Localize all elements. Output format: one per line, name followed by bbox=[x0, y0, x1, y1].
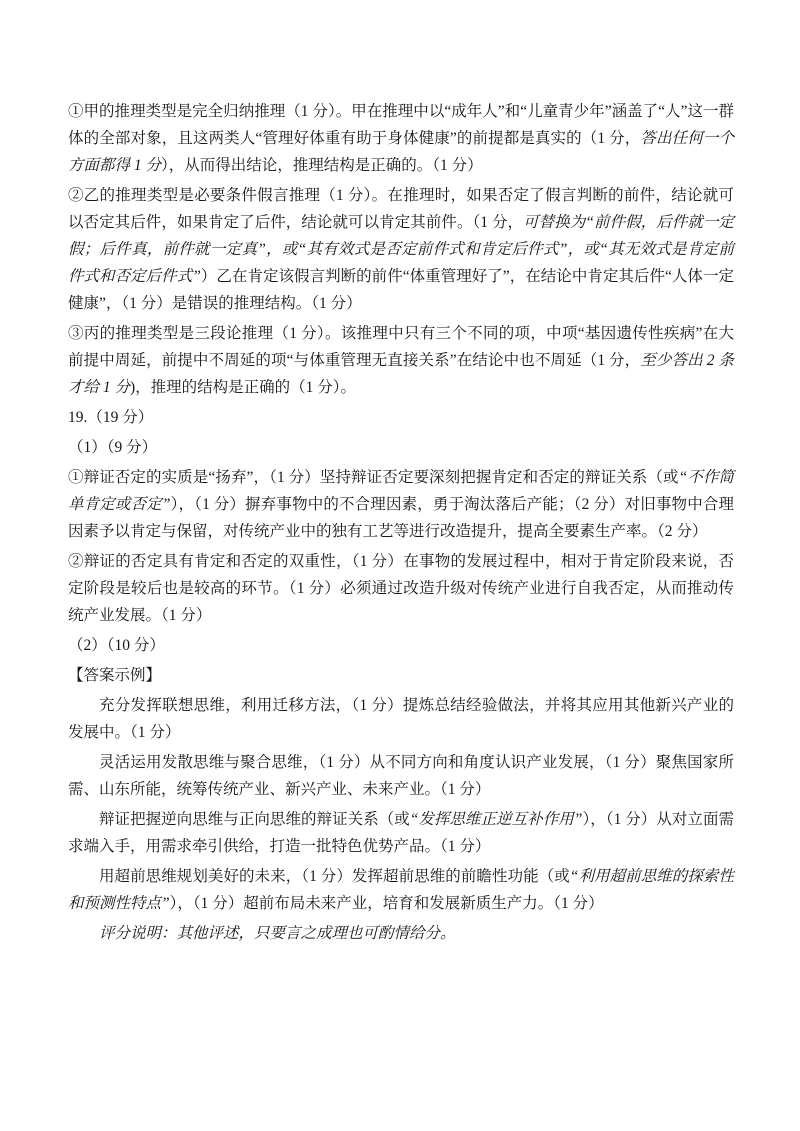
answer-19-2-point-divergent-convergent-thinking-run: 灵活运用发散思维与聚合思维，（1 分）从不同方向和角度认识产业发展，（1 分）聚… bbox=[68, 754, 734, 798]
answer-reasoning-point-3-run: )，推理的结构是正确的（1 分）。 bbox=[130, 379, 356, 396]
answer-reasoning-point-1: ①甲的推理类型是完全归纳推理（1 分）。甲在推理中以“成年人”和“儿童青少年”涵… bbox=[68, 98, 734, 179]
answer-example-label: 【答案示例】 bbox=[68, 662, 734, 689]
answer-reasoning-point-3: ③丙的推理类型是三段论推理（1 分）。该推理中只有三个不同的项，中项“基因遗传性… bbox=[68, 320, 734, 401]
answer-19-2-point-association-thinking: 充分发挥联想思维，利用迁移方法，（1 分）提炼总结经验做法，并将其应用其他新兴产… bbox=[68, 692, 734, 746]
answer-reasoning-point-2: ②乙的推理类型是必要条件假言推理（1 分）。在推理时，如果否定了假言判断的前件，… bbox=[68, 182, 734, 317]
answer-reasoning-point-1-run: ①甲的推理类型是完全归纳推理（1 分）。甲在推理中以“成年人”和“儿童青少年”涵… bbox=[68, 103, 734, 147]
answer-19-2-point-association-thinking-run: 充分发挥联想思维，利用迁移方法，（1 分）提炼总结经验做法，并将其应用其他新兴产… bbox=[68, 697, 734, 741]
exam-answer-page: ①甲的推理类型是完全归纳推理（1 分）。甲在推理中以“成年人”和“儿童青少年”涵… bbox=[0, 0, 800, 1131]
answer-19-2-point-reverse-forward-thinking: 辩证把握逆向思维与正向思维的辩证关系（或“发挥思维正逆互补作用”），（1 分）从… bbox=[68, 806, 734, 860]
answer-19-2-point-forward-looking-thinking-run: ），（1 分）超前布局未来产业，培育和发展新质生产力。（1 分） bbox=[170, 895, 604, 912]
document-body: ①甲的推理类型是完全归纳推理（1 分）。甲在推理中以“成年人”和“儿童青少年”涵… bbox=[68, 98, 734, 947]
answer-19-2-point-forward-looking-thinking-run: 用超前思维规划美好的未来，（1 分）发挥超前思维的前瞻性功能（或 bbox=[99, 868, 570, 885]
question-19-part-2-heading: （2）（10 分） bbox=[68, 632, 734, 659]
answer-reasoning-point-1-run: ），从而得出结论，推理结构是正确的。（1 分） bbox=[161, 157, 483, 174]
answer-19-2-point-divergent-convergent-thinking: 灵活运用发散思维与聚合思维，（1 分）从不同方向和角度认识产业发展，（1 分）聚… bbox=[68, 749, 734, 803]
answer-19-2-point-reverse-forward-thinking-run: 辩证把握逆向思维与正向思维的辩证关系（或 bbox=[99, 811, 410, 828]
question-19-part-1-heading-run: （1）（9 分） bbox=[68, 439, 157, 456]
answer-19-2-point-reverse-forward-thinking-run: “发挥思维正逆互补作用” bbox=[410, 811, 583, 828]
question-19-heading: 19.（19 分） bbox=[68, 404, 734, 431]
scoring-note-run: 评分说明：其他评述，只要言之成理也可酌情给分。 bbox=[99, 925, 456, 942]
question-19-part-1-heading: （1）（9 分） bbox=[68, 434, 734, 461]
answer-19-1-point-2: ②辩证的否定具有肯定和否定的双重性，（1 分）在事物的发展过程中，相对于肯定阶段… bbox=[68, 548, 734, 629]
answer-reasoning-point-3-run: ③丙的推理类型是三段论推理（1 分）。该推理中只有三个不同的项，中项“基因遗传性… bbox=[68, 325, 734, 369]
scoring-note: 评分说明：其他评述，只要言之成理也可酌情给分。 bbox=[68, 920, 734, 947]
answer-19-1-point-1-run: ①辩证否定的实质是“扬弃”，（1 分）坚持辩证否定要深刻把握肯定和否定的辩证关系… bbox=[68, 469, 679, 486]
answer-19-1-point-1: ①辩证否定的实质是“扬弃”，（1 分）坚持辩证否定要深刻把握肯定和否定的辩证关系… bbox=[68, 464, 734, 545]
question-19-heading-run: 19.（19 分） bbox=[68, 409, 153, 426]
question-19-part-2-heading-run: （2）（10 分） bbox=[68, 637, 165, 654]
answer-19-1-point-2-run: ②辩证的否定具有肯定和否定的双重性，（1 分）在事物的发展过程中，相对于肯定阶段… bbox=[68, 553, 734, 624]
answer-19-2-point-forward-looking-thinking: 用超前思维规划美好的未来，（1 分）发挥超前思维的前瞻性功能（或“利用超前思维的… bbox=[68, 863, 734, 917]
answer-example-label-run: 【答案示例】 bbox=[68, 667, 161, 684]
